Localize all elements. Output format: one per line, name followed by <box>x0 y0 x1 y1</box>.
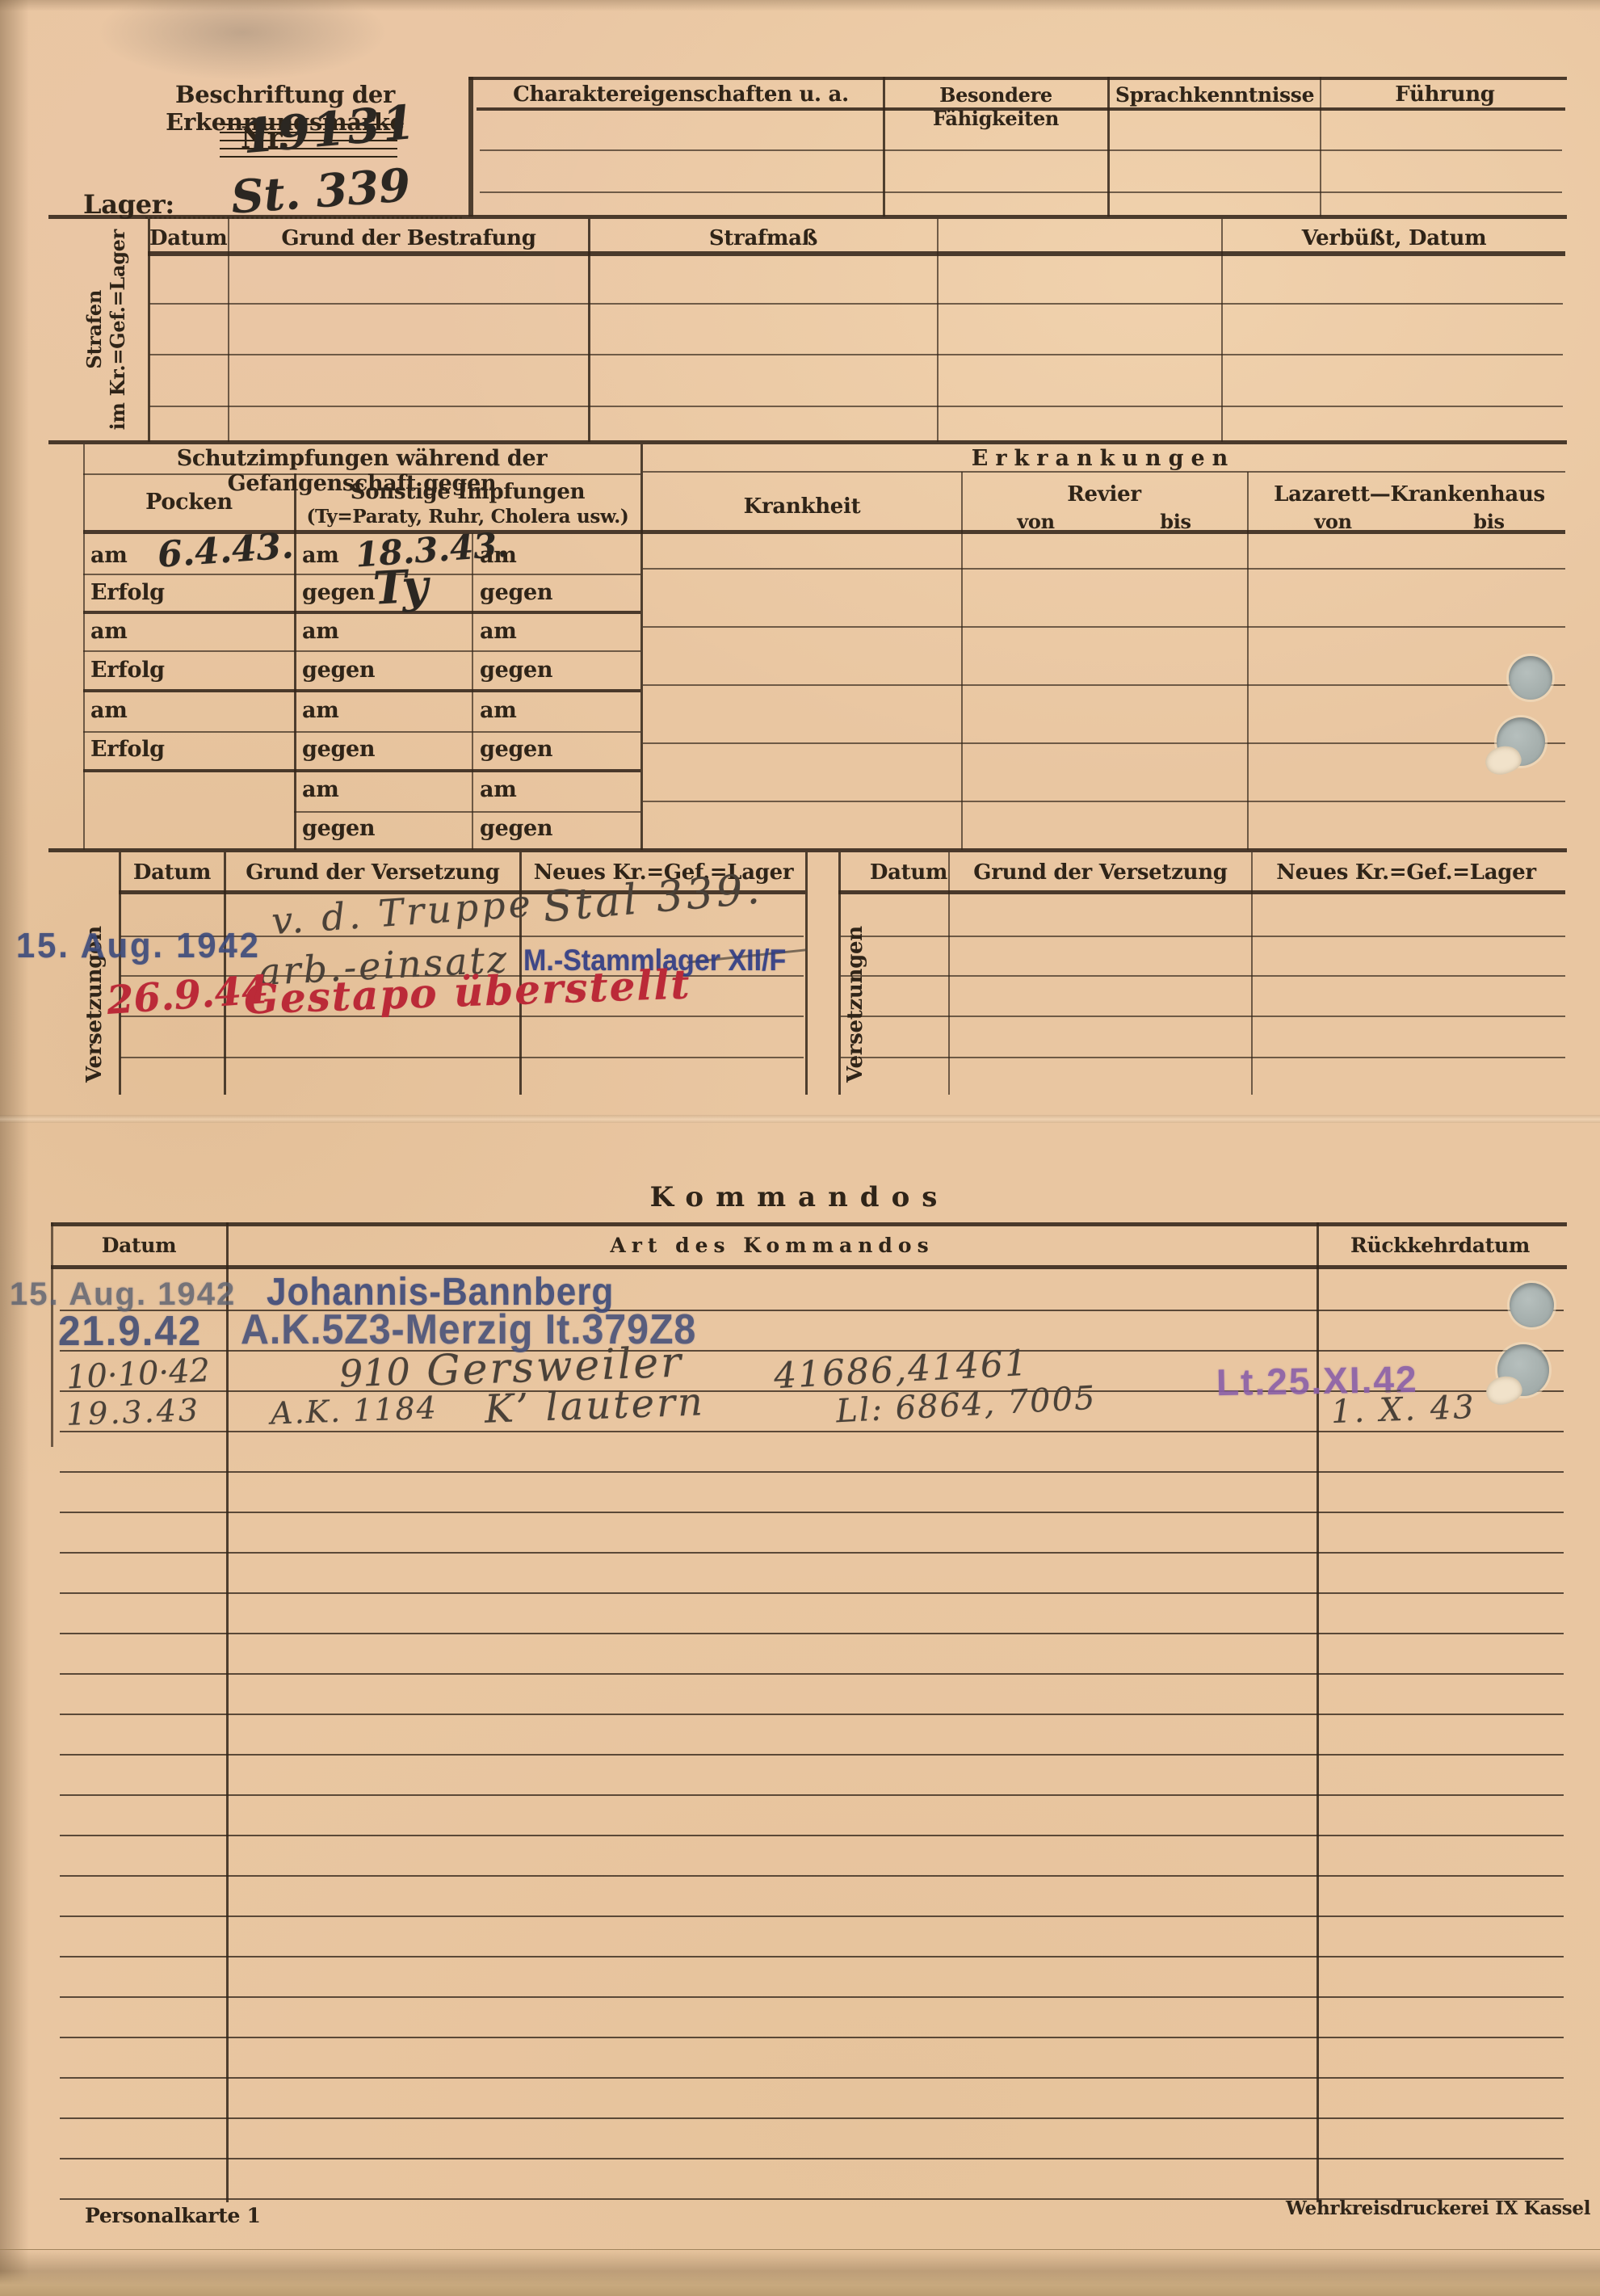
rule-line <box>149 406 1563 407</box>
vacc-row-label: am <box>302 777 338 802</box>
vacc-row-label: am <box>90 543 127 568</box>
rule-line <box>83 611 640 614</box>
transfers-right-col-date: Datum <box>869 860 948 885</box>
rule-line <box>119 852 121 1095</box>
rule-line <box>841 936 1565 937</box>
kommando-row-return: 1. X̅. 43 <box>1330 1389 1476 1431</box>
rule-line <box>883 77 885 217</box>
rule-line <box>83 689 640 692</box>
rule-line <box>841 975 1565 977</box>
rule-line <box>149 303 1563 305</box>
footer-form-name: Personalkarte 1 <box>85 2204 261 2227</box>
kommando-row-date: 21.9.42 <box>58 1307 202 1356</box>
rule-line <box>841 1057 1565 1058</box>
punishments-col-penalty: Strafmaß <box>590 226 937 250</box>
rule-line <box>120 1016 804 1017</box>
kommando-row-type-b: K’ lautern <box>484 1379 706 1432</box>
col-special-abilities: Besondere Fähigkeiten <box>887 83 1105 130</box>
vacc-row-label: Erfolg <box>90 658 165 683</box>
col-character-traits: Charaktereigenschaften u. a. <box>481 82 881 107</box>
rule-line <box>480 191 1562 193</box>
rule-line <box>51 1265 1567 1269</box>
vacc-row-label: am <box>302 698 338 723</box>
rule-line <box>148 251 1565 256</box>
vacc-row-label: am <box>480 619 516 644</box>
rule-line <box>83 444 85 850</box>
kommandos-col-type: Art des Kommandos <box>229 1234 1315 1257</box>
vacc-row-value: Ty <box>372 559 429 615</box>
vacc-row-label: Erfolg <box>90 580 165 605</box>
rule-line <box>643 742 1565 744</box>
vaccinations-col-other-1: Sonstige Impfungen <box>297 480 638 504</box>
kommando-row-date: 10·10·42 <box>65 1352 211 1396</box>
personalkarte-document: Beschriftung der Erkennungsmarke Nr. 191… <box>0 0 1600 2296</box>
kommando-row-date: 19.3.43 <box>65 1392 200 1432</box>
rule-line <box>83 769 640 772</box>
illnesses-col-hospital: Lazarett—Krankenhaus <box>1254 482 1565 507</box>
rule-line <box>961 472 963 850</box>
rule-line <box>468 77 1567 80</box>
rule-line <box>838 852 841 1095</box>
transfers-right-col-newcamp: Neues Kr.=Gef.=Lager <box>1253 860 1560 885</box>
transfer-date-stamp: 15. Aug. 1942 <box>16 926 261 966</box>
rule-line <box>1320 77 1321 217</box>
rule-line <box>83 731 640 733</box>
rule-line <box>643 471 1565 473</box>
punishments-col-date: Datum <box>149 226 227 250</box>
transfers-right-col-reason: Grund der Versetzung <box>950 860 1251 885</box>
col-conduct: Führung <box>1325 82 1565 107</box>
rule-line <box>51 1222 1567 1226</box>
torn-bottom-edge <box>0 2249 1600 2296</box>
vacc-row-label: am <box>90 698 127 723</box>
vacc-row-label: am <box>90 619 127 644</box>
transfers-left-side-label: Versetzungen <box>82 897 107 1083</box>
punch-hole <box>1497 1344 1549 1396</box>
rule-line <box>838 890 1565 894</box>
punch-hole <box>1510 1283 1554 1327</box>
illnesses-col-revier: Revier <box>964 482 1244 507</box>
rule-line <box>643 626 1565 628</box>
kommando-row-type-a: A.K. 1184 <box>270 1390 438 1431</box>
rule-line <box>149 354 1563 355</box>
kommandos-title: Kommandos <box>485 1181 1115 1213</box>
illnesses-col-disease: Krankheit <box>646 494 958 519</box>
hospital-from-label: von <box>1314 510 1352 533</box>
paper-stain <box>97 0 388 81</box>
illnesses-revier-fromto: von bis <box>964 510 1244 533</box>
kommandos-col-date: Datum <box>53 1234 225 1257</box>
punch-hole <box>1497 717 1545 766</box>
rule-line <box>83 650 640 652</box>
vacc-row-label: am <box>302 619 338 644</box>
rule-line <box>1251 852 1253 1095</box>
transfers-left-col-reason: Grund der Versetzung <box>226 860 519 885</box>
transfers-right-side-label: Versetzungen <box>843 897 867 1083</box>
rule-line <box>640 444 643 850</box>
rule-line <box>294 811 640 813</box>
illnesses-title: Erkrankungen <box>643 446 1564 471</box>
hospital-to-label: bis <box>1473 510 1505 533</box>
punishments-side-label-line1: Strafen <box>82 290 106 369</box>
punishments-col-served: Verbüßt, Datum <box>1223 226 1565 250</box>
vacc-row-label: am <box>480 698 516 723</box>
vacc-row-label: gegen <box>302 580 375 605</box>
rule-line <box>805 852 808 1095</box>
footer-printer: Wehrkreisdruckerei IX Kassel <box>1286 2197 1590 2219</box>
scan-edge-top <box>0 0 1600 11</box>
kommandos-col-return: Rückkehrdatum <box>1319 1234 1561 1257</box>
transfers-left-col-date: Datum <box>120 860 224 885</box>
revier-to-label: bis <box>1160 510 1191 533</box>
rule-line <box>480 149 1562 151</box>
punch-hole <box>1509 656 1552 700</box>
punishments-side-label-line2: im Kr.=Gef.=Lager <box>106 229 129 430</box>
punishments-side-label: Strafen im Kr.=Gef.=Lager <box>82 220 129 439</box>
rule-line <box>48 848 1567 852</box>
vacc-row-label: am <box>480 543 516 568</box>
vaccinations-col-pox: Pocken <box>86 490 292 515</box>
scan-edge-left <box>0 0 29 2296</box>
revier-from-label: von <box>1017 510 1055 533</box>
rule-line <box>643 684 1565 686</box>
vacc-row-label: gegen <box>480 737 552 762</box>
rule-line <box>643 801 1565 802</box>
vacc-row-label: Erfolg <box>90 737 165 762</box>
rule-line <box>841 1016 1565 1017</box>
vacc-row-label: gegen <box>302 658 375 683</box>
vacc-row-label: gegen <box>480 580 552 605</box>
vacc-row-label: gegen <box>302 816 375 841</box>
paper-crease <box>0 1115 1600 1123</box>
rule-line <box>1247 472 1249 850</box>
vacc-row-label: gegen <box>480 816 552 841</box>
rule-line <box>948 852 950 1095</box>
vaccinations-col-other-2: (Ty=Paraty, Ruhr, Cholera usw.) <box>297 506 638 528</box>
vacc-row-label: am <box>302 543 338 568</box>
punishments-col-reason: Grund der Bestrafung <box>229 226 588 250</box>
vacc-row-label: am <box>480 777 516 802</box>
rule-line <box>643 568 1565 570</box>
illnesses-hospital-fromto: von bis <box>1254 510 1565 533</box>
rule-line <box>48 440 1567 444</box>
vacc-row-label: gegen <box>302 737 375 762</box>
kommando-row-type-a: 910 <box>338 1349 411 1395</box>
rule-line <box>1107 77 1110 217</box>
col-language-skills: Sprachkenntnisse <box>1111 83 1318 107</box>
vacc-row-value: 6.4.43. <box>156 525 295 576</box>
vacc-row-label: gegen <box>480 658 552 683</box>
rule-line <box>120 1057 804 1058</box>
